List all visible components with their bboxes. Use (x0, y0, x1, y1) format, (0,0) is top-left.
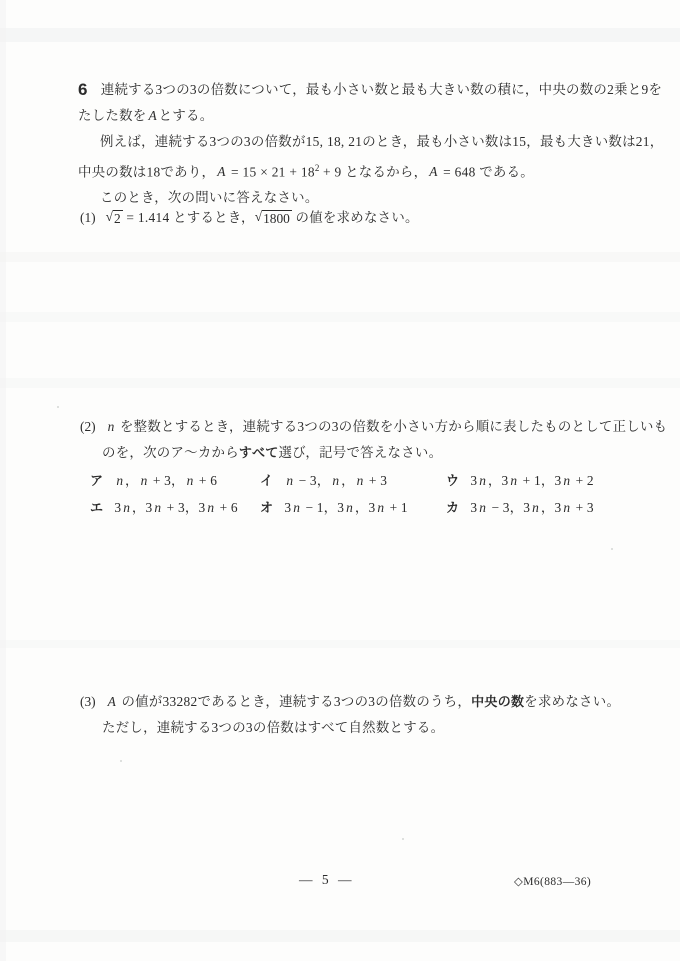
option-2: イn − 3，n，n + 3 (260, 467, 446, 494)
scan-streak (0, 378, 680, 388)
scan-streak (0, 930, 680, 942)
variable-n: n (291, 500, 302, 515)
scan-streak (0, 252, 680, 262)
option-3: ウ3n，3n + 1，3n + 2 (446, 467, 667, 494)
variable-n: n (152, 500, 163, 515)
intro-line-1: 6連続する3つの3の倍数について，最も小さい数と最も大きい数の積に，中央の数の2… (78, 76, 663, 103)
emphasis-subete: すべて (239, 445, 279, 460)
option-3-expression: 3n，3n + 1，3n + 2 (470, 473, 594, 488)
variable-n: n (139, 473, 150, 488)
option-2-expression: n − 3，n，n + 3 (284, 473, 387, 488)
option-6-key: カ (446, 500, 459, 515)
question-1-text: (1)√2 = 1.414 とするとき，√1800 の値を求めなさい。 (80, 205, 419, 231)
scan-speck (611, 548, 613, 550)
variable-n: n (561, 473, 572, 488)
answer-choices: アn，n + 3，n + 6 イn − 3，n，n + 3 ウ3n，3n + 1… (90, 467, 667, 521)
emphasis-chuuou-no-kazu: 中央の数 (471, 694, 524, 709)
problem-statement: 6連続する3つの3の倍数について，最も小さい数と最も大きい数の積に，中央の数の2… (78, 76, 663, 211)
option-6: カ3n − 3，3n，3n + 3 (446, 494, 667, 521)
scan-speck (402, 838, 404, 840)
scan-edge-shadow (0, 0, 6, 961)
question-3: (3)A の値が33282であるとき，連続する3つの3の倍数のうち，中央の数を求… (80, 689, 620, 741)
variable-n: n (530, 500, 541, 515)
variable-n: n (121, 500, 132, 515)
scan-streak (0, 640, 680, 648)
variable-n: n (284, 473, 295, 488)
variable-n: n (185, 473, 196, 488)
document-code: ◇M6(883—36) (514, 874, 591, 888)
exam-page-scan: 6連続する3つの3の倍数について，最も小さい数と最も大きい数の積に，中央の数の2… (0, 0, 680, 961)
choices-row-2: エ3n，3n + 3，3n + 6 オ3n − 1，3n，3n + 1 カ3n … (90, 494, 667, 521)
option-2-key: イ (260, 473, 273, 488)
intro-line-4: 中央の数は18であり，A = 15 × 21 + 182 + 9 となるから，A… (78, 155, 663, 185)
variable-n: n (561, 500, 572, 515)
question-3-label: (3) (80, 694, 96, 709)
option-5: オ3n − 1，3n，3n + 1 (260, 494, 446, 521)
option-5-key: オ (260, 500, 273, 515)
variable-A: A (106, 694, 118, 709)
problem-number: 6 (78, 80, 88, 99)
option-5-expression: 3n − 1，3n，3n + 1 (284, 500, 408, 515)
intro-line-3: 例えば，連続する3つの3の倍数が15, 18, 21のとき，最も小さい数は15，… (78, 129, 663, 155)
question-3-line-1: (3)A の値が33282であるとき，連続する3つの3の倍数のうち，中央の数を求… (80, 689, 620, 715)
question-2-line-2: のを，次のア～カからすべて選び，記号で答えなさい。 (80, 440, 667, 466)
variable-n: n (355, 473, 366, 488)
question-1-label: (1) (80, 210, 96, 225)
variable-n: n (508, 473, 519, 488)
scan-speck (120, 760, 122, 762)
option-3-key: ウ (446, 473, 459, 488)
question-1: (1)√2 = 1.414 とするとき，√1800 の値を求めなさい。 (80, 205, 419, 231)
intro-line-2: たした数をAとする。 (78, 103, 663, 129)
radical-sign: √ (106, 204, 113, 230)
question-3-line-2: ただし，連続する3つの3の倍数はすべて自然数とする。 (80, 715, 620, 741)
variable-A: A (215, 164, 227, 179)
variable-n: n (344, 500, 355, 515)
variable-A: A (427, 164, 439, 179)
option-1-key: ア (90, 473, 103, 488)
variable-n: n (106, 419, 117, 434)
option-4-expression: 3n，3n + 3，3n + 6 (114, 500, 238, 515)
intro-line-1-text: 連続する3つの3の倍数について，最も小さい数と最も大きい数の積に，中央の数の2乗… (101, 82, 662, 97)
variable-n: n (205, 500, 216, 515)
sqrt-1800: √1800 (255, 210, 292, 225)
radical-sign: √ (255, 204, 262, 230)
option-4: エ3n，3n + 3，3n + 6 (90, 494, 260, 521)
variable-n: n (330, 473, 341, 488)
sqrt-2: √2 (106, 210, 123, 225)
variable-n: n (477, 473, 488, 488)
choices-row-1: アn，n + 3，n + 6 イn − 3，n，n + 3 ウ3n，3n + 1… (90, 467, 667, 494)
option-6-expression: 3n − 3，3n，3n + 3 (470, 500, 594, 515)
scan-streak (0, 28, 680, 42)
scan-speck (57, 406, 59, 408)
variable-n: n (114, 473, 125, 488)
question-2-label: (2) (80, 419, 96, 434)
option-4-key: エ (90, 500, 103, 515)
question-2: (2)n を整数とするとき，連続する3つの3の倍数を小さい方から順に表したものと… (80, 414, 667, 521)
question-2-line-1: (2)n を整数とするとき，連続する3つの3の倍数を小さい方から順に表したものと… (80, 414, 667, 440)
option-1: アn，n + 3，n + 6 (90, 467, 260, 494)
scan-streak (0, 312, 680, 322)
page-number-footer: — 5 — (299, 872, 355, 888)
variable-A: A (146, 108, 158, 123)
variable-n: n (375, 500, 386, 515)
option-1-expression: n，n + 3，n + 6 (114, 473, 217, 488)
variable-n: n (477, 500, 488, 515)
